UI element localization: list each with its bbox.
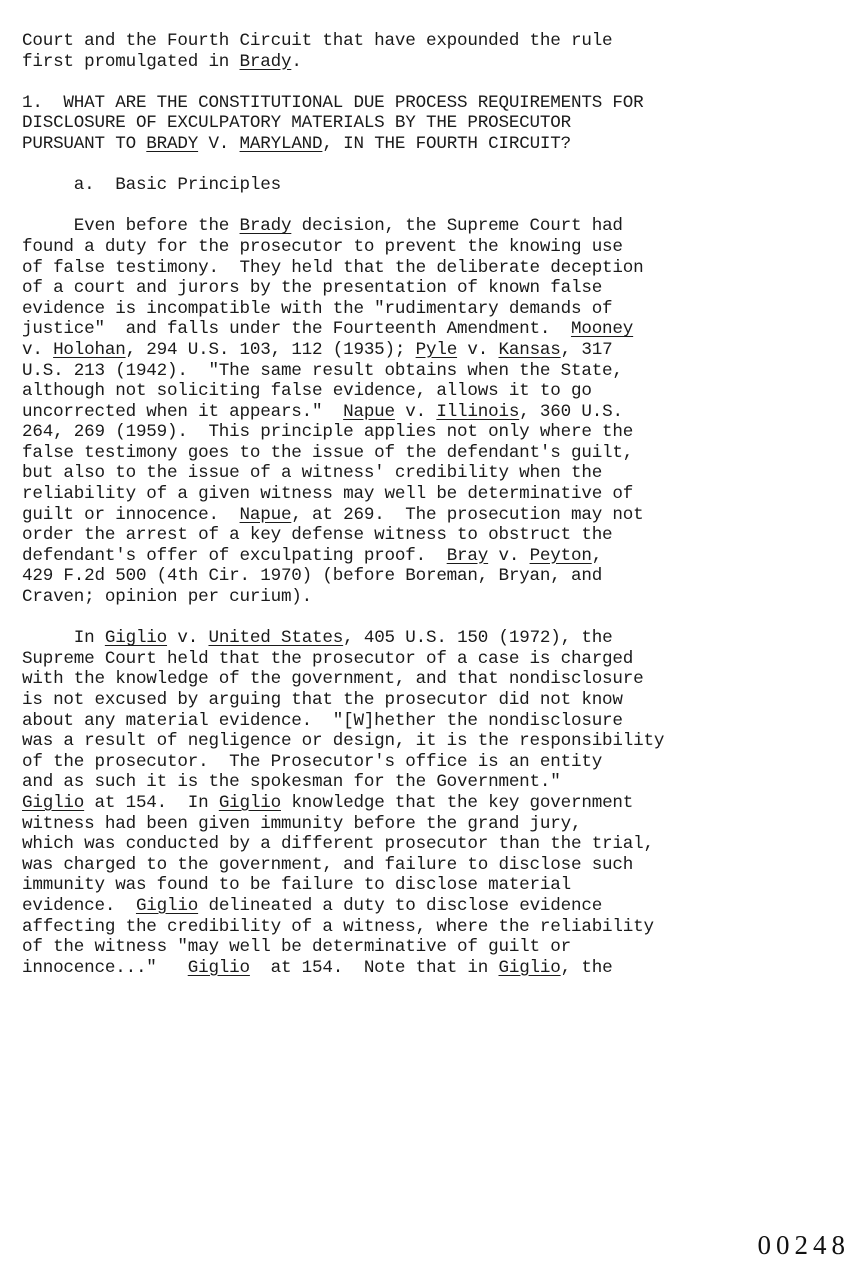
case-citation: Mooney (571, 319, 633, 339)
case-citation: Brady (240, 216, 292, 236)
text-line: and as such it is the spokesman for the … (22, 772, 842, 793)
case-citation: Giglio (22, 793, 84, 813)
text-line: witness had been given immunity before t… (22, 814, 842, 835)
case-citation: Kansas (499, 340, 561, 360)
text-line: which was conducted by a different prose… (22, 834, 842, 855)
case-citation: Giglio (105, 628, 167, 648)
case-citation: Giglio (188, 958, 250, 978)
subheading-basic-principles: a. Basic Principles (22, 175, 842, 196)
text-line: innocence..." Giglio at 154. Note that i… (22, 958, 842, 979)
text-line: evidence is incompatible with the "rudim… (22, 299, 842, 320)
text-line: affecting the credibility of a witness, … (22, 917, 842, 938)
text-line: order the arrest of a key defense witnes… (22, 525, 842, 546)
text-line: uncorrected when it appears." Napue v. I… (22, 402, 842, 423)
text-line: of a court and jurors by the presentatio… (22, 278, 842, 299)
case-citation: Bray (447, 546, 488, 566)
text-line: PURSUANT TO BRADY V. MARYLAND, IN THE FO… (22, 134, 842, 155)
text-line: is not excused by arguing that the prose… (22, 690, 842, 711)
case-citation: Brady (240, 52, 292, 72)
text-line: Court and the Fourth Circuit that have e… (22, 31, 842, 52)
text-line: evidence. Giglio delineated a duty to di… (22, 896, 842, 917)
text-line: of the prosecutor. The Prosecutor's offi… (22, 752, 842, 773)
text-line: but also to the issue of a witness' cred… (22, 463, 842, 484)
case-citation: Holohan (53, 340, 126, 360)
text-line: Supreme Court held that the prosecutor o… (22, 649, 842, 670)
text-line: found a duty for the prosecutor to preve… (22, 237, 842, 258)
case-citation: MARYLAND (240, 134, 323, 154)
text-line: reliability of a given witness may well … (22, 484, 842, 505)
text-line: was a result of negligence or design, it… (22, 731, 842, 752)
text-line: false testimony goes to the issue of the… (22, 443, 842, 464)
text-line: v. Holohan, 294 U.S. 103, 112 (1935); Py… (22, 340, 842, 361)
case-citation: United States (208, 628, 343, 648)
text-line: was charged to the government, and failu… (22, 855, 842, 876)
paragraph-pre-brady: Even before the Brady decision, the Supr… (22, 216, 842, 607)
text-line: about any material evidence. "[W]hether … (22, 711, 842, 732)
text-line: first promulgated in Brady. (22, 52, 842, 73)
case-citation: Napue (343, 402, 395, 422)
section-heading: 1. WHAT ARE THE CONSTITUTIONAL DUE PROCE… (22, 93, 842, 155)
page-number: 00248 (758, 1230, 851, 1261)
case-citation: BRADY (146, 134, 198, 154)
case-citation: Giglio (219, 793, 281, 813)
intro-text: Court and the Fourth Circuit that have e… (22, 31, 842, 72)
text-line: In Giglio v. United States, 405 U.S. 150… (22, 628, 842, 649)
text-line: of false testimony. They held that the d… (22, 258, 842, 279)
case-citation: Illinois (436, 402, 519, 422)
paragraph-giglio: In Giglio v. United States, 405 U.S. 150… (22, 628, 842, 978)
text-line: of the witness "may well be determinativ… (22, 937, 842, 958)
document-page: Court and the Fourth Circuit that have e… (22, 31, 842, 978)
text-line: Even before the Brady decision, the Supr… (22, 216, 842, 237)
case-citation: Napue (240, 505, 292, 525)
text-line: justice" and falls under the Fourteenth … (22, 319, 842, 340)
text-line: 1. WHAT ARE THE CONSTITUTIONAL DUE PROCE… (22, 93, 842, 114)
text-line: defendant's offer of exculpating proof. … (22, 546, 842, 567)
text-line: guilt or innocence. Napue, at 269. The p… (22, 505, 842, 526)
text-line: 264, 269 (1959). This principle applies … (22, 422, 842, 443)
text-line: Giglio at 154. In Giglio knowledge that … (22, 793, 842, 814)
case-citation: Peyton (530, 546, 592, 566)
text-line: 429 F.2d 500 (4th Cir. 1970) (before Bor… (22, 566, 842, 587)
case-citation: Giglio (136, 896, 198, 916)
text-line: DISCLOSURE OF EXCULPATORY MATERIALS BY T… (22, 113, 842, 134)
case-citation: Pyle (416, 340, 457, 360)
text-line: with the knowledge of the government, an… (22, 669, 842, 690)
text-line: immunity was found to be failure to disc… (22, 875, 842, 896)
text-line: U.S. 213 (1942). "The same result obtain… (22, 361, 842, 382)
text-line: although not soliciting false evidence, … (22, 381, 842, 402)
case-citation: Giglio (498, 958, 560, 978)
text-line: Craven; opinion per curium). (22, 587, 842, 608)
